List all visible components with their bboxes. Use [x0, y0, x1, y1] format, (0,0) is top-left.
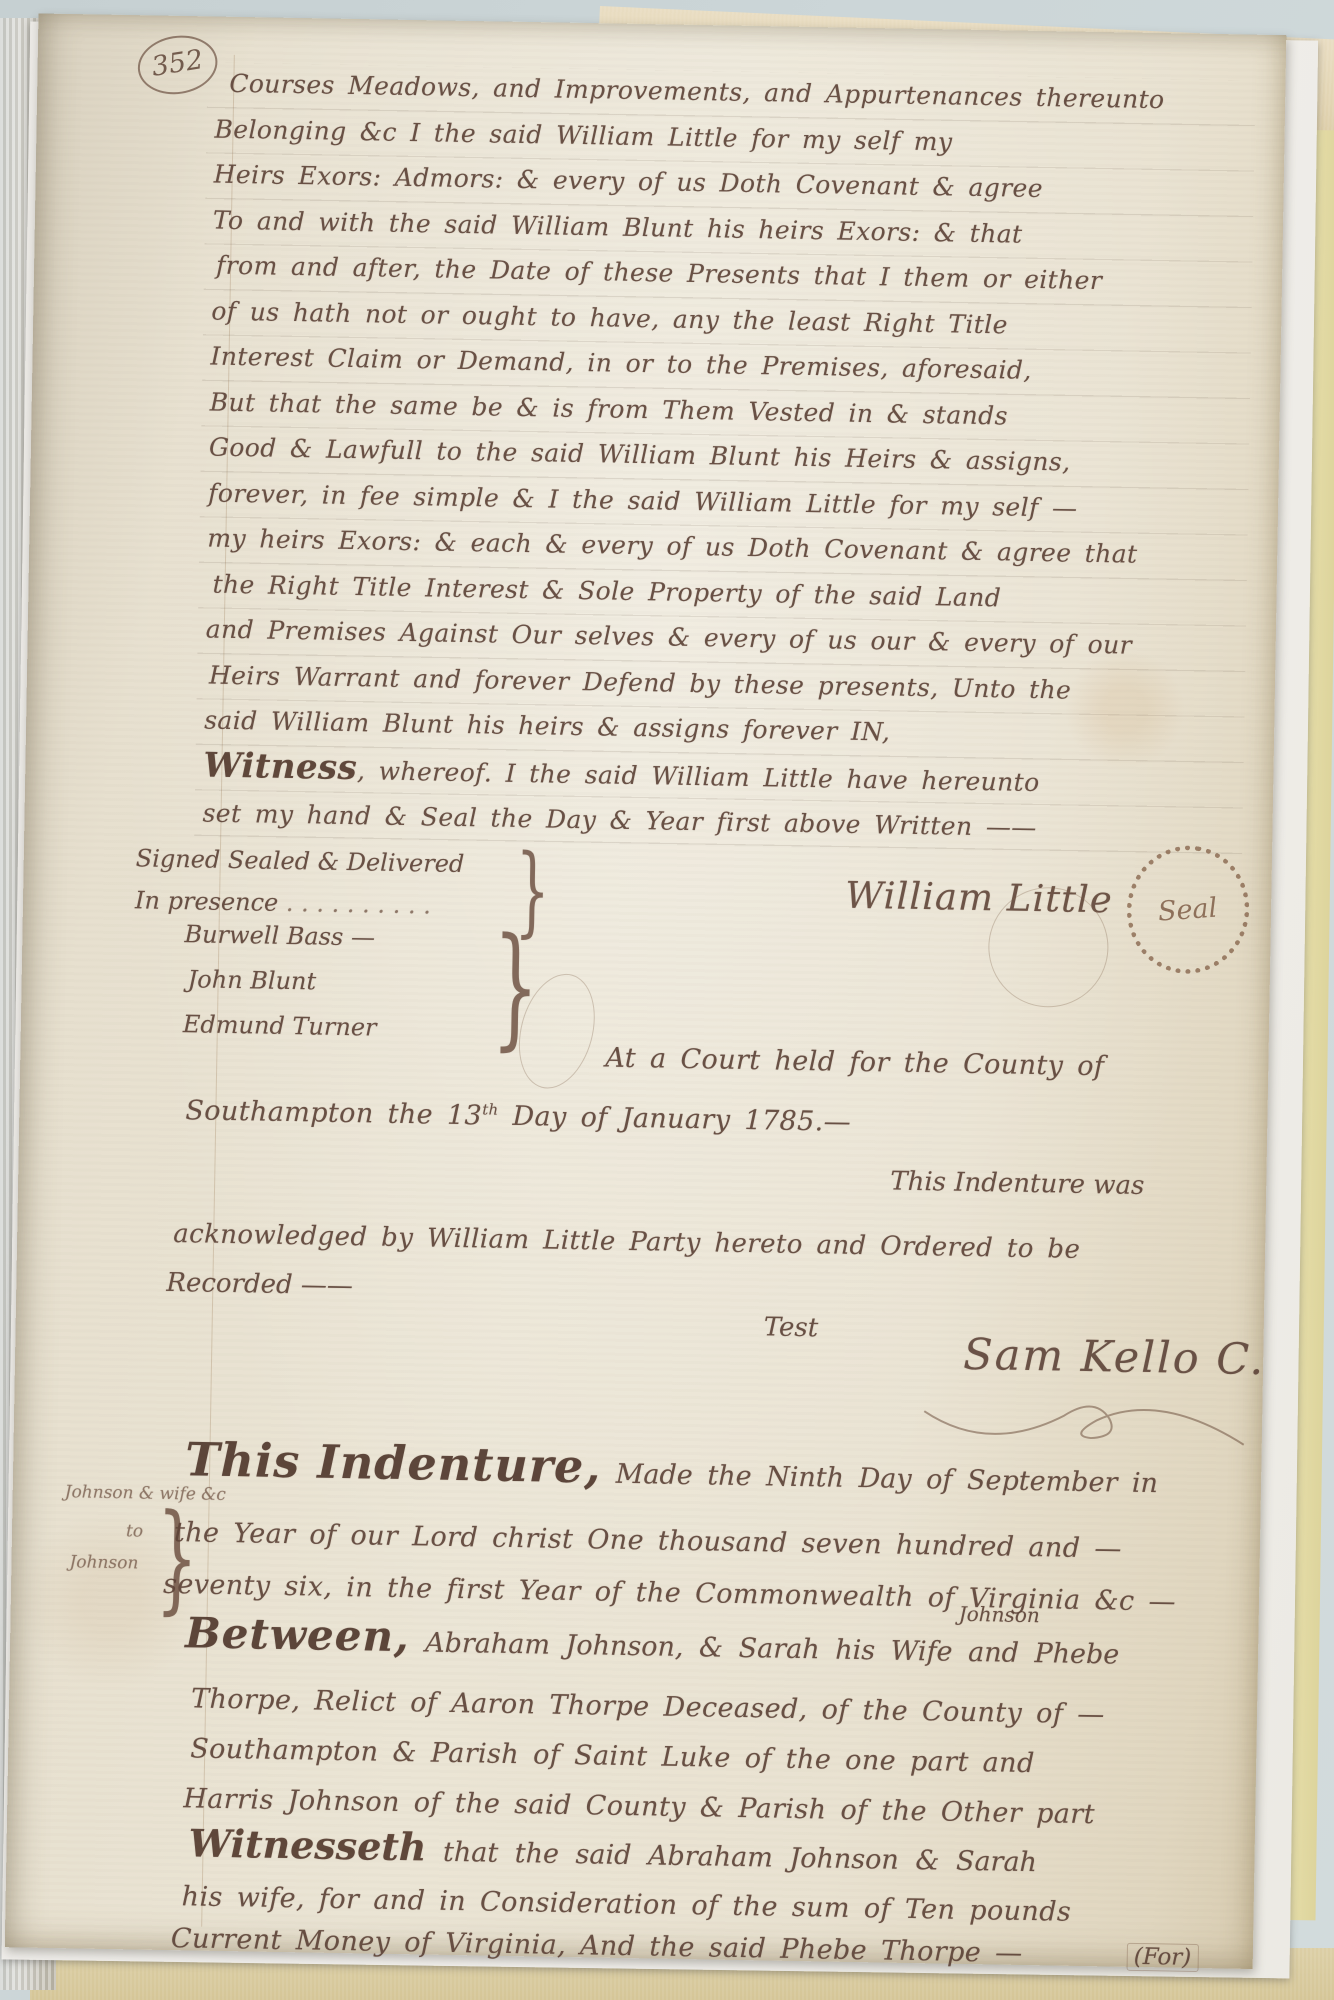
- recorded-line: Recorded ——: [166, 1268, 353, 1301]
- court-place-pre: Southampton the 13: [185, 1095, 482, 1131]
- witnesseth-word: Witnesseth: [188, 1820, 427, 1869]
- court-held-line: At a Court held for the County of: [605, 1036, 1105, 1090]
- clerk-signature: Sam Kello C.: [963, 1330, 1266, 1385]
- witnesseth-rest: that the said Abraham Johnson & Sarah: [426, 1837, 1037, 1879]
- indenture-line: Southampton & Parish of Saint Luke of th…: [190, 1726, 1035, 1786]
- seal-label: Seal: [1157, 892, 1218, 927]
- manuscript-page: 352 Courses Meadows, and Improvements, a…: [5, 13, 1287, 1968]
- between-rest: Abraham Johnson, & Sarah his Wife and Ph…: [409, 1627, 1119, 1670]
- signed-sealed-line: Signed Sealed & Delivered: [135, 837, 464, 885]
- court-place-post: Day of January 1785.—: [498, 1101, 851, 1138]
- court-place-sup: th: [482, 1100, 499, 1118]
- page-number: 352: [150, 44, 206, 83]
- test-label: Test: [763, 1312, 818, 1343]
- witness-rest: , whereof. I the said William Little hav…: [357, 756, 1040, 797]
- acknowledged-line: acknowledged by William Little Party her…: [173, 1212, 1081, 1273]
- witness-name: Edmund Turner: [183, 1002, 377, 1050]
- indenture-line: the Year of our Lord christ One thousand…: [174, 1510, 1123, 1572]
- witness-name: Burwell Bass —: [184, 912, 378, 960]
- witness-list: Burwell Bass — John Blunt Edmund Turner: [183, 912, 379, 1050]
- deed-conclusion-block: Courses Meadows, and Improvements, and A…: [202, 61, 1165, 853]
- witness-name: John Blunt: [183, 957, 377, 1005]
- book-scan: { "page": { "number": "352" }, "deed": {…: [0, 0, 1334, 2000]
- indenture-opening-rest: Made the Ninth Day of September in: [601, 1459, 1158, 1500]
- indenture-was-line: This Indenture was: [890, 1167, 1145, 1201]
- between-word: Between,: [185, 1608, 410, 1661]
- catchword: (For): [1127, 1943, 1199, 1972]
- indenture-opening-word: This Indenture,: [185, 1432, 602, 1493]
- witness-word: Witness: [203, 745, 357, 788]
- court-place-line: Southampton the 13th Day of January 1785…: [185, 1082, 852, 1145]
